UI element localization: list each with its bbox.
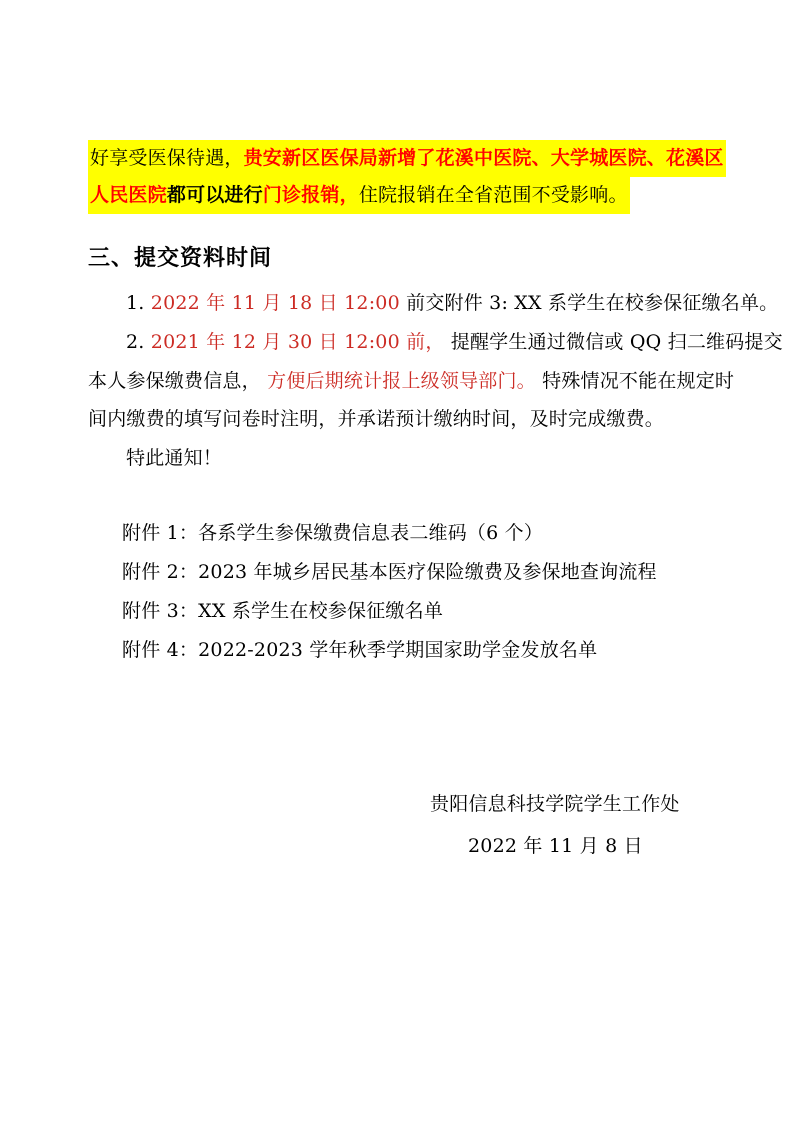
text-segment: 本人参保缴费信息， <box>88 370 261 392</box>
document-page: 好享受医保待遇，贵安新区医保局新增了花溪中医院、大学城医院、花溪区 人民医院都可… <box>0 0 793 1122</box>
highlighted-paragraph-line-2: 人民医院都可以进行门诊报销，住院报销在全省范围不受影响。 <box>88 177 630 214</box>
text-segment-red-bold: 门诊报销， <box>263 184 359 206</box>
attachment-1: 附件 1：各系学生参保缴费信息表二维码（6 个） <box>122 522 543 545</box>
section-heading: 三、提交资料时间 <box>88 246 272 272</box>
list-item-2-line-2: 本人参保缴费信息， 方便后期统计报上级领导部门。 特殊情况不能在规定时 <box>88 370 734 393</box>
text-segment-red-bold: 人民医院 <box>90 184 167 206</box>
text-segment: 住院报销在全省范围不受影响。 <box>359 184 628 206</box>
deadline-date-red: 2021 年 12 月 30 日 12:00 前， <box>151 331 445 353</box>
item-number: 1. <box>126 292 145 314</box>
text-segment-red-bold: 贵安新区医保局新增了花溪中医院、大学城医院、花溪区 <box>244 147 724 169</box>
text-segment-red: 方便后期统计报上级领导部门。 <box>267 370 536 392</box>
attachment-2: 附件 2：2023 年城乡居民基本医疗保险缴费及参保地查询流程 <box>122 561 657 584</box>
attachment-3: 附件 3：XX 系学生在校参保征缴名单 <box>122 600 443 623</box>
text-segment: 提醒学生通过微信或 QQ 扫二维码提交 <box>451 331 783 353</box>
text-segment-bold: 都可以进行 <box>167 184 263 206</box>
text-segment: 好享受医保待遇， <box>90 147 244 169</box>
item-number: 2. <box>126 331 145 353</box>
text-segment: 前交附件 3: XX 系学生在校参保征缴名单。 <box>406 292 778 314</box>
yellow-highlight: 人民医院都可以进行门诊报销，住院报销在全省范围不受影响。 <box>88 177 630 214</box>
signature-organization: 贵阳信息科技学院学生工作处 <box>430 793 680 816</box>
attachment-4: 附件 4：2022-2023 学年秋季学期国家助学金发放名单 <box>122 639 597 662</box>
text-segment: 特殊情况不能在规定时 <box>542 370 734 392</box>
signature-date: 2022 年 11 月 8 日 <box>468 835 643 858</box>
yellow-highlight: 好享受医保待遇，贵安新区医保局新增了花溪中医院、大学城医院、花溪区 <box>88 140 726 177</box>
list-item-2-line-1: 2. 2021 年 12 月 30 日 12:00 前， 提醒学生通过微信或 Q… <box>126 331 783 354</box>
notice-line: 特此通知！ <box>126 447 222 470</box>
highlighted-paragraph-line-1: 好享受医保待遇，贵安新区医保局新增了花溪中医院、大学城医院、花溪区 <box>88 140 726 177</box>
text-segment: 间内缴费的填写问卷时注明，并承诺预计缴纳时间，及时完成缴费。 <box>88 408 664 430</box>
list-item-2-line-3: 间内缴费的填写问卷时注明，并承诺预计缴纳时间，及时完成缴费。 <box>88 408 664 431</box>
deadline-date-red: 2022 年 11 月 18 日 12:00 <box>151 292 406 314</box>
list-item-1: 1. 2022 年 11 月 18 日 12:00 前交附件 3: XX 系学生… <box>126 292 778 315</box>
